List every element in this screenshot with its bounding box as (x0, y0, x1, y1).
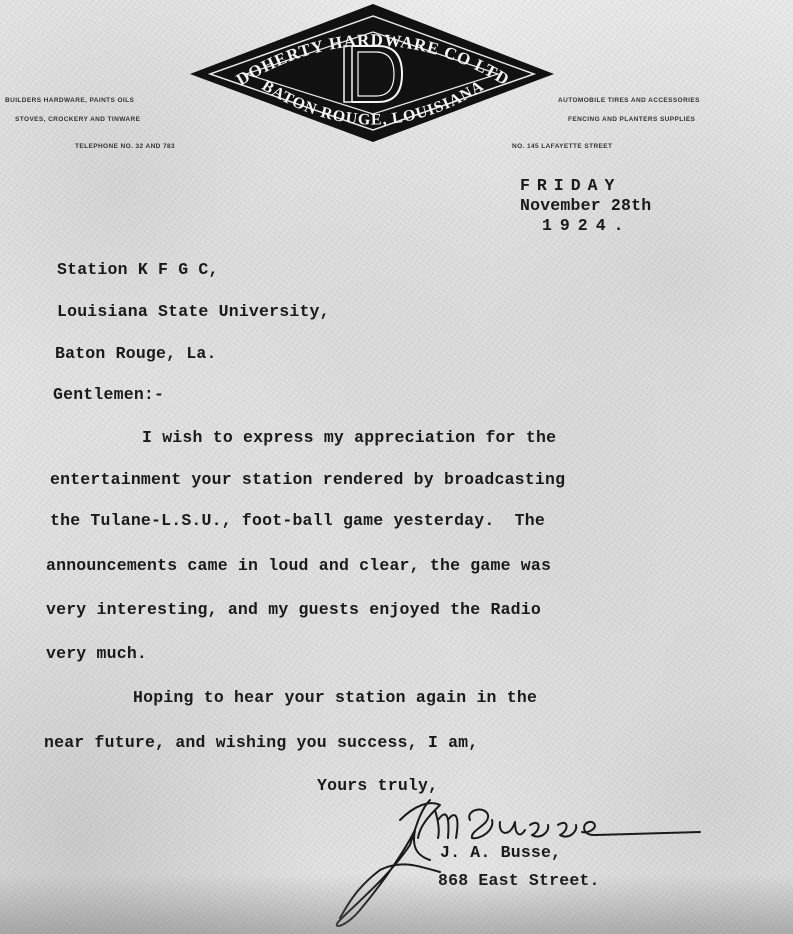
salutation: Gentlemen:- (53, 385, 164, 404)
body-line: very interesting, and my guests enjoyed … (46, 600, 541, 619)
letterhead-street-address: No. 145 Lafayette Street (512, 143, 612, 150)
letterhead-right-line-1: Automobile Tires and Accessories (558, 97, 700, 104)
letterhead-left-line-1: Builders Hardware, Paints Oils (5, 97, 134, 104)
paper-edge-shadow (0, 874, 793, 934)
date-day: FRIDAY (520, 176, 621, 195)
letterhead-right-line-2: Fencing and Planters Supplies (568, 116, 695, 123)
body-line: the Tulane-L.S.U., foot-ball game yester… (50, 511, 545, 530)
closing: Yours truly, (317, 776, 438, 795)
body-line: near future, and wishing you success, I … (44, 733, 478, 752)
letterhead-left-line-2: Stoves, Crockery and Tinware (15, 116, 140, 123)
body-line: entertainment your station rendered by b… (50, 470, 565, 489)
signer-address: 868 East Street. (438, 871, 600, 890)
letter-page: DOHERTY HARDWARE CO LTD BATON ROUGE, LOU… (0, 0, 793, 934)
company-logo-diamond-icon: DOHERTY HARDWARE CO LTD BATON ROUGE, LOU… (188, 2, 558, 142)
body-line: I wish to express my appreciation for th… (142, 428, 556, 447)
date-year: 1924. (542, 216, 632, 235)
recipient-line-1: Station K F G C, (57, 260, 219, 279)
recipient-line-2: Louisiana State University, (57, 302, 330, 321)
body-line: very much. (46, 644, 147, 663)
signer-name: J. A. Busse, (440, 843, 561, 862)
recipient-line-3: Baton Rouge, La. (55, 344, 217, 363)
letterhead-telephone: Telephone No. 32 and 783 (75, 143, 175, 150)
body-line: announcements came in loud and clear, th… (46, 556, 551, 575)
body-line: Hoping to hear your station again in the (133, 688, 537, 707)
date-month-day: November 28th (520, 196, 651, 215)
